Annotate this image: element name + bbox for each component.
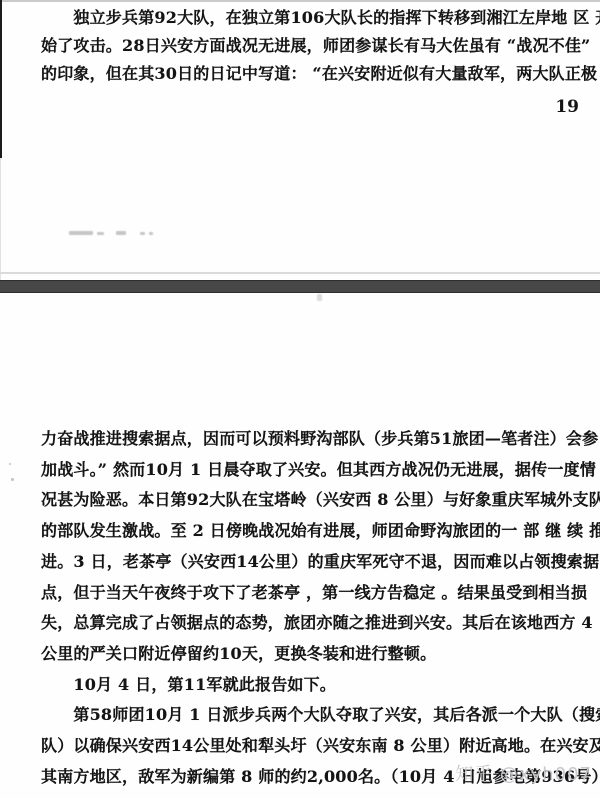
text-line: 队）以确保兴安西14公里处和犁头圩（兴安东南 8 公里）附近高地。在兴安及 (41, 731, 589, 762)
scan-smudge (116, 231, 126, 235)
zhihu-watermark: 知乎 @xyh007 (455, 760, 592, 786)
text-line: 失，总算完成了占领据点的态势，旅团亦随之推进到兴安。其后在该地西方 4 (41, 608, 589, 639)
text-line: 独立步兵第92大队，在独立第106大队长的指挥下转移到湘江左岸地 区 开 (41, 4, 589, 32)
text-line: 的印象，但在其30日的日记中写道： “在兴安附近似有大量敌军，两大队正极 (41, 60, 589, 88)
scan-left-edge-line (0, 0, 2, 158)
scan-smudge (69, 231, 93, 235)
text-line: 进。3 日，老茶亭（兴安西14公里）的重庆军死守不退，因而难以占领搜索据 (41, 547, 589, 578)
scan-top-edge-line (0, 0, 600, 2)
page-number: 19 (555, 97, 579, 117)
text-line: 公里的严关口附近停留约10天，更换冬装和进行整顿。 (41, 639, 589, 670)
scanned-document-page: 独立步兵第92大队，在独立第106大队长的指挥下转移到湘江左岸地 区 开 始了攻… (0, 0, 600, 798)
text-line: 况甚为险恶。本日第92大队在宝塔岭（兴安西 8 公里）与好象重庆军城外支队 (41, 485, 589, 516)
scan-smudge (317, 294, 322, 301)
scan-smudge (97, 232, 104, 235)
scan-noise-dot (11, 478, 14, 481)
bottom-paragraphs: 力奋战推进搜索据点，因而可以预料野沟部队（步兵第51旅团—笔者注）会参 加战斗。… (41, 424, 589, 792)
page-separator-bar (0, 280, 600, 293)
scan-left-edge-faint-line (0, 158, 1, 280)
scan-smudge (149, 232, 153, 235)
scan-smudge (140, 232, 145, 235)
text-line: 力奋战推进搜索据点，因而可以预料野沟部队（步兵第51旅团—笔者注）会参 (41, 424, 589, 455)
scan-light-line (0, 272, 600, 274)
text-line: 点，但于当天午夜终于攻下了老茶亭 ，第一线方告稳定 。结果虽受到相当损 (41, 578, 589, 609)
scan-noise-dot (9, 463, 11, 465)
top-paragraph: 独立步兵第92大队，在独立第106大队长的指挥下转移到湘江左岸地 区 开 始了攻… (41, 4, 589, 88)
text-line: 加战斗。” 然而10月 1 日晨夺取了兴安。但其西方战况仍无进展，据传一度情 (41, 455, 589, 486)
text-line: 的部队发生激战。至 2 日傍晚战况始有进展，师团命野沟旅团的一 部 继 续 推 (41, 516, 589, 547)
text-line: 第58师团10月 1 日派步兵两个大队夺取了兴安，其后各派一个大队（搜索 (41, 700, 589, 731)
text-line: 始了攻击。28日兴安方面战况无进展，师团参谋长有马大佐虽有 “战况不佳” (41, 32, 589, 60)
text-line: 10月 4 日，第11军就此报告如下。 (41, 670, 589, 701)
